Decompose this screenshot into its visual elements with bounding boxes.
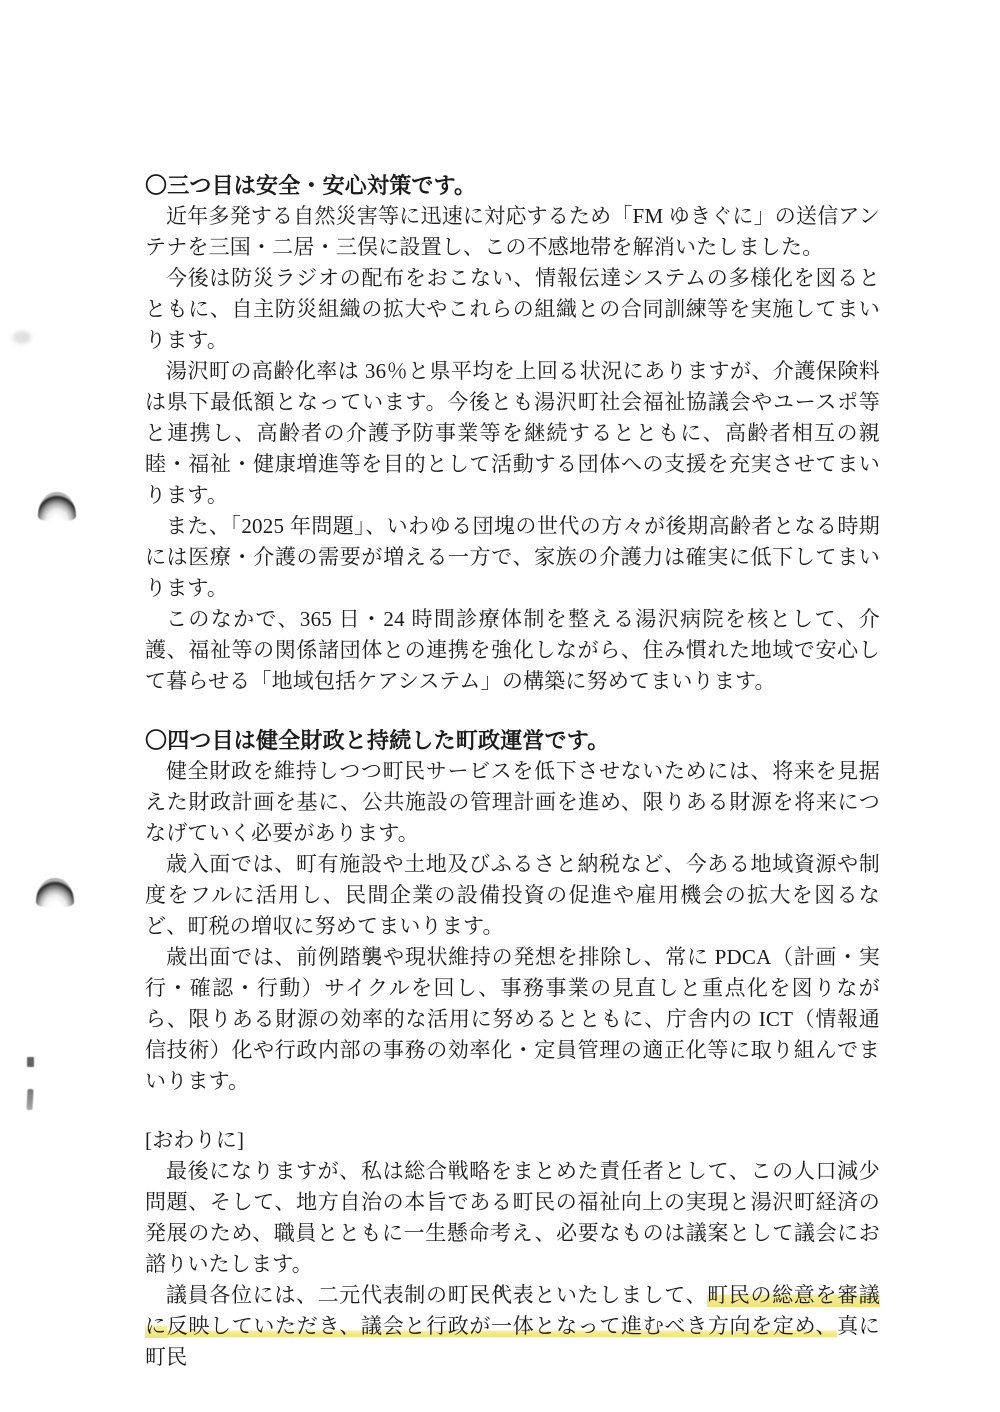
para-revenue: 歳入面では、町有施設や土地及びふるさと納税など、今ある地域資源や制度をフルに活用… (145, 849, 880, 942)
document-body: 〇三つ目は安全・安心対策です。 近年多発する自然災害等に迅速に対応するため「FM… (145, 170, 880, 1373)
highlighted-text: 議会と行政が一体となって進むべき方向を定め、 (361, 1314, 837, 1338)
highlighted-text: 反映していただき、 (167, 1314, 361, 1338)
para-2025-problem: また、「2025 年問題」、いわゆる団塊の世代の方々が後期高齢者となる時期には医… (145, 511, 880, 604)
para-expenditure: 歳出面では、前例踏襲や現状維持の発想を排除し、常に PDCA（計画・実行・確認・… (145, 942, 880, 1097)
section-heading-conclusion: [おわりに] (145, 1125, 880, 1156)
para-aging-rate: 湯沢町の高齢化率は 36％と県平均を上回る状況にありますが、介護保険料は県下最低… (145, 356, 880, 511)
punch-hole-shadow-upper (38, 492, 76, 521)
scan-smudge (27, 1057, 34, 1067)
scan-smudge (26, 1089, 33, 1110)
para-conclusion-intro: 最後になりますが、私は総合戦略をまとめた責任者として、この人口減少問題、そして、… (145, 1156, 880, 1280)
page-number: - 3 - (0, 1282, 1000, 1304)
para-community-care: このなかで、365 日・24 時間診療体制を整える湯沢病院を核として、介護、福祉… (145, 604, 880, 697)
scanned-document-page: 〇三つ目は安全・安心対策です。 近年多発する自然災害等に迅速に対応するため「FM… (0, 0, 1000, 1412)
section-heading-safety: 〇三つ目は安全・安心対策です。 (145, 170, 880, 201)
scan-smudge (13, 331, 31, 344)
para-disaster-radio: 今後は防災ラジオの配布をおこない、情報伝達システムの多様化を図るとともに、自主防… (145, 263, 880, 356)
para-sound-finance: 健全財政を維持しつつ町民サービスを低下させないためには、将来を見据えた財政計画を… (145, 756, 880, 849)
punch-hole-shadow-lower (36, 878, 74, 907)
para-fm-antenna: 近年多発する自然災害等に迅速に対応するため「FM ゆきぐに」の送信アンテナを三国… (145, 201, 880, 263)
section-heading-finance: 〇四つ目は健全財政と持続した町政運営です。 (145, 725, 880, 756)
